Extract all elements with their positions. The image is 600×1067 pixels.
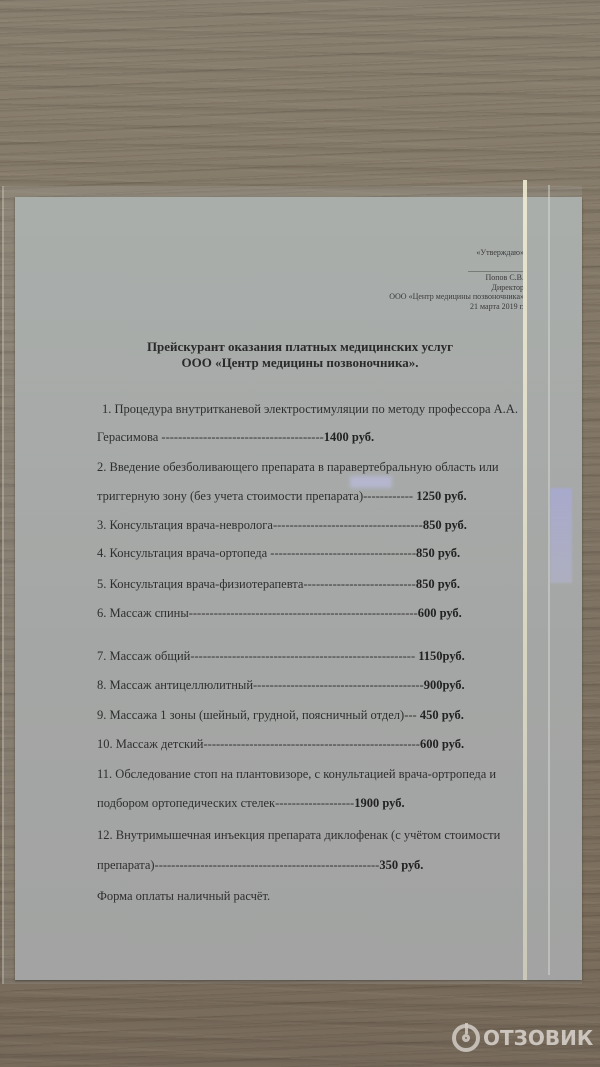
title-line-2: ООО «Центр медицины позвоночника». (130, 355, 470, 371)
item-price: 1400 руб. (324, 430, 374, 444)
item-price: 450 руб. (420, 708, 464, 722)
price-item-10: 10. Массаж детский----------------------… (97, 737, 464, 752)
item-text: 10. Массаж детский----------------------… (97, 737, 420, 751)
item-text: 4. Консультация врача-ортопеда ---------… (97, 546, 416, 560)
item-price: 850 руб. (423, 518, 467, 532)
item-price: 600 руб. (418, 606, 462, 620)
director-title: Директор (389, 283, 524, 293)
otzovik-watermark: ОТЗОВИК (452, 1024, 593, 1052)
otzovik-logo-icon (452, 1024, 480, 1052)
item-price: 900руб. (424, 678, 465, 692)
item-price: 600 руб. (420, 737, 464, 751)
price-item-11-line-2: подбором ортопедических стелек----------… (97, 796, 405, 811)
item-text: 6. Массаж спины-------------------------… (97, 606, 418, 620)
price-item-12-line-1: 12. Внутримышечная инъекция препарата ди… (97, 828, 500, 843)
title-line-1: Прейскурант оказания платных медицинских… (130, 339, 470, 355)
price-item-9: 9. Массажа 1 зоны (шейный, грудной, пояс… (97, 708, 464, 723)
watermark-text: ОТЗОВИК (483, 1026, 593, 1050)
price-item-4: 4. Консультация врача-ортопеда ---------… (97, 546, 460, 561)
item-text: препарата)------------------------------… (97, 858, 379, 872)
approval-stamp: «Утверждаю» (389, 248, 524, 258)
item-text: Герасимова -----------------------------… (97, 430, 324, 444)
item-price: 1250 руб. (416, 489, 466, 503)
light-glare (523, 180, 527, 980)
approval-date: 21 марта 2019 г. (389, 302, 524, 312)
price-list-document: «Утверждаю» ______________ Попов С.В. Ди… (0, 0, 600, 1067)
price-item-12-line-2: препарата)------------------------------… (97, 858, 423, 873)
signature-line: ______________ (389, 264, 524, 274)
screen-reflection-small (350, 476, 392, 488)
item-price: 1150руб. (418, 649, 465, 663)
payment-note: Форма оплаты наличный расчёт. (97, 889, 270, 904)
item-text: триггерную зону (без учета стоимости пре… (97, 489, 416, 503)
approval-block: «Утверждаю» ______________ Попов С.В. Ди… (389, 248, 524, 311)
price-item-11-line-1: 11. Обследование стоп на плантовизоре, с… (97, 767, 496, 782)
item-text: подбором ортопедических стелек----------… (97, 796, 354, 810)
price-item-8: 8. Массаж антицеллюлитный---------------… (97, 678, 465, 693)
price-item-6: 6. Массаж спины-------------------------… (97, 606, 462, 621)
item-price: 1900 руб. (354, 796, 404, 810)
price-item-1-line-2: Герасимова -----------------------------… (97, 430, 374, 445)
price-item-2-line-2: триггерную зону (без учета стоимости пре… (97, 489, 467, 504)
item-text: 8. Массаж антицеллюлитный---------------… (97, 678, 424, 692)
item-price: 850 руб. (416, 546, 460, 560)
item-text: 5. Консультация врача-физиотерапевта----… (97, 577, 416, 591)
organization-name: ООО «Центр медицины позвоночника» (389, 292, 524, 302)
item-price: 350 руб. (379, 858, 423, 872)
document-title: Прейскурант оказания платных медицинских… (130, 339, 470, 371)
item-price: 850 руб. (416, 577, 460, 591)
price-item-1-line-1: 1. Процедура внутритканевой электростиму… (102, 402, 518, 417)
item-text: 3. Консультация врача-невролога---------… (97, 518, 423, 532)
price-item-7: 7. Массаж общий-------------------------… (97, 649, 465, 664)
price-item-3: 3. Консультация врача-невролога---------… (97, 518, 467, 533)
item-text: 9. Массажа 1 зоны (шейный, грудной, пояс… (97, 708, 420, 722)
item-text: 7. Массаж общий-------------------------… (97, 649, 418, 663)
price-item-5: 5. Консультация врача-физиотерапевта----… (97, 577, 460, 592)
screen-reflection (550, 488, 572, 583)
price-item-2-line-1: 2. Введение обезболивающего препарата в … (97, 460, 499, 475)
director-name: Попов С.В. (389, 273, 524, 283)
